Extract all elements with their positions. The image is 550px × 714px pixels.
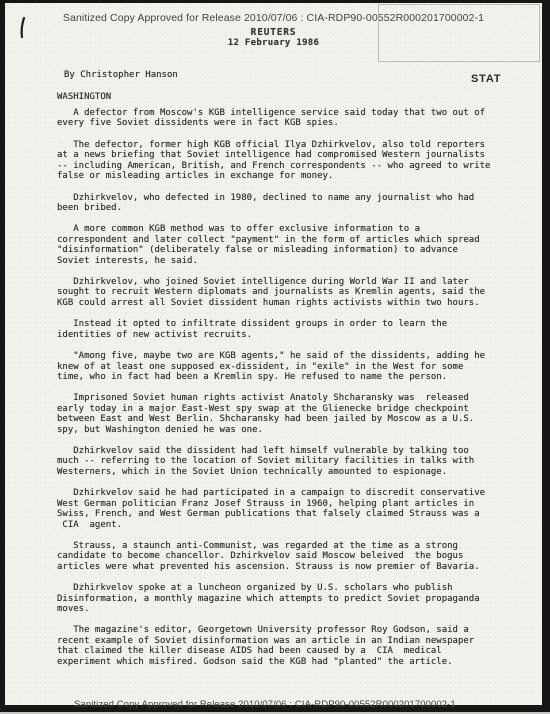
article-paragraph: Imprisoned Soviet human rights activist … (57, 393, 532, 435)
article-paragraph: Strauss, a staunch anti-Communist, was r… (57, 541, 532, 572)
article-body: A defector from Moscow's KGB intelligenc… (57, 108, 532, 667)
article-paragraph: A defector from Moscow's KGB intelligenc… (57, 108, 532, 129)
dateline: WASHINGTON (57, 92, 111, 102)
classification-stamp-bottom-row: Sanitized Copy Approved for Release 2010… (68, 692, 542, 714)
wire-service-name: REUTERS (5, 27, 542, 38)
article-paragraph: Dzhirkvelov, who defected in 1980, decli… (57, 193, 532, 214)
pen-mark (17, 15, 29, 41)
article-paragraph: Dzhirkvelov, who joined Soviet intellige… (57, 277, 532, 308)
article-paragraph: "Among five, maybe two are KGB agents," … (57, 351, 532, 382)
stat-marking: STAT (471, 73, 501, 85)
article-paragraph: A more common KGB method was to offer ex… (57, 224, 532, 266)
article-paragraph: Dzhirkvelov said the dissident had left … (57, 446, 532, 477)
article-date: 12 February 1986 (5, 38, 542, 48)
scan-frame: Sanitized Copy Approved for Release 2010… (0, 0, 550, 714)
document-page: Sanitized Copy Approved for Release 2010… (5, 3, 542, 705)
article-paragraph: The magazine's editor, Georgetown Univer… (57, 625, 532, 667)
article-paragraph: Instead it opted to infiltrate dissident… (57, 319, 532, 340)
classification-stamp-bottom: Sanitized Copy Approved for Release 2010… (74, 699, 456, 710)
article-paragraph: Dzhirkvelov said he had participated in … (57, 488, 532, 530)
byline: By Christopher Hanson (64, 70, 178, 80)
article-paragraph: Dzhirkvelov spoke at a luncheon organize… (57, 583, 532, 614)
article-paragraph: The defector, former high KGB official I… (57, 140, 532, 182)
